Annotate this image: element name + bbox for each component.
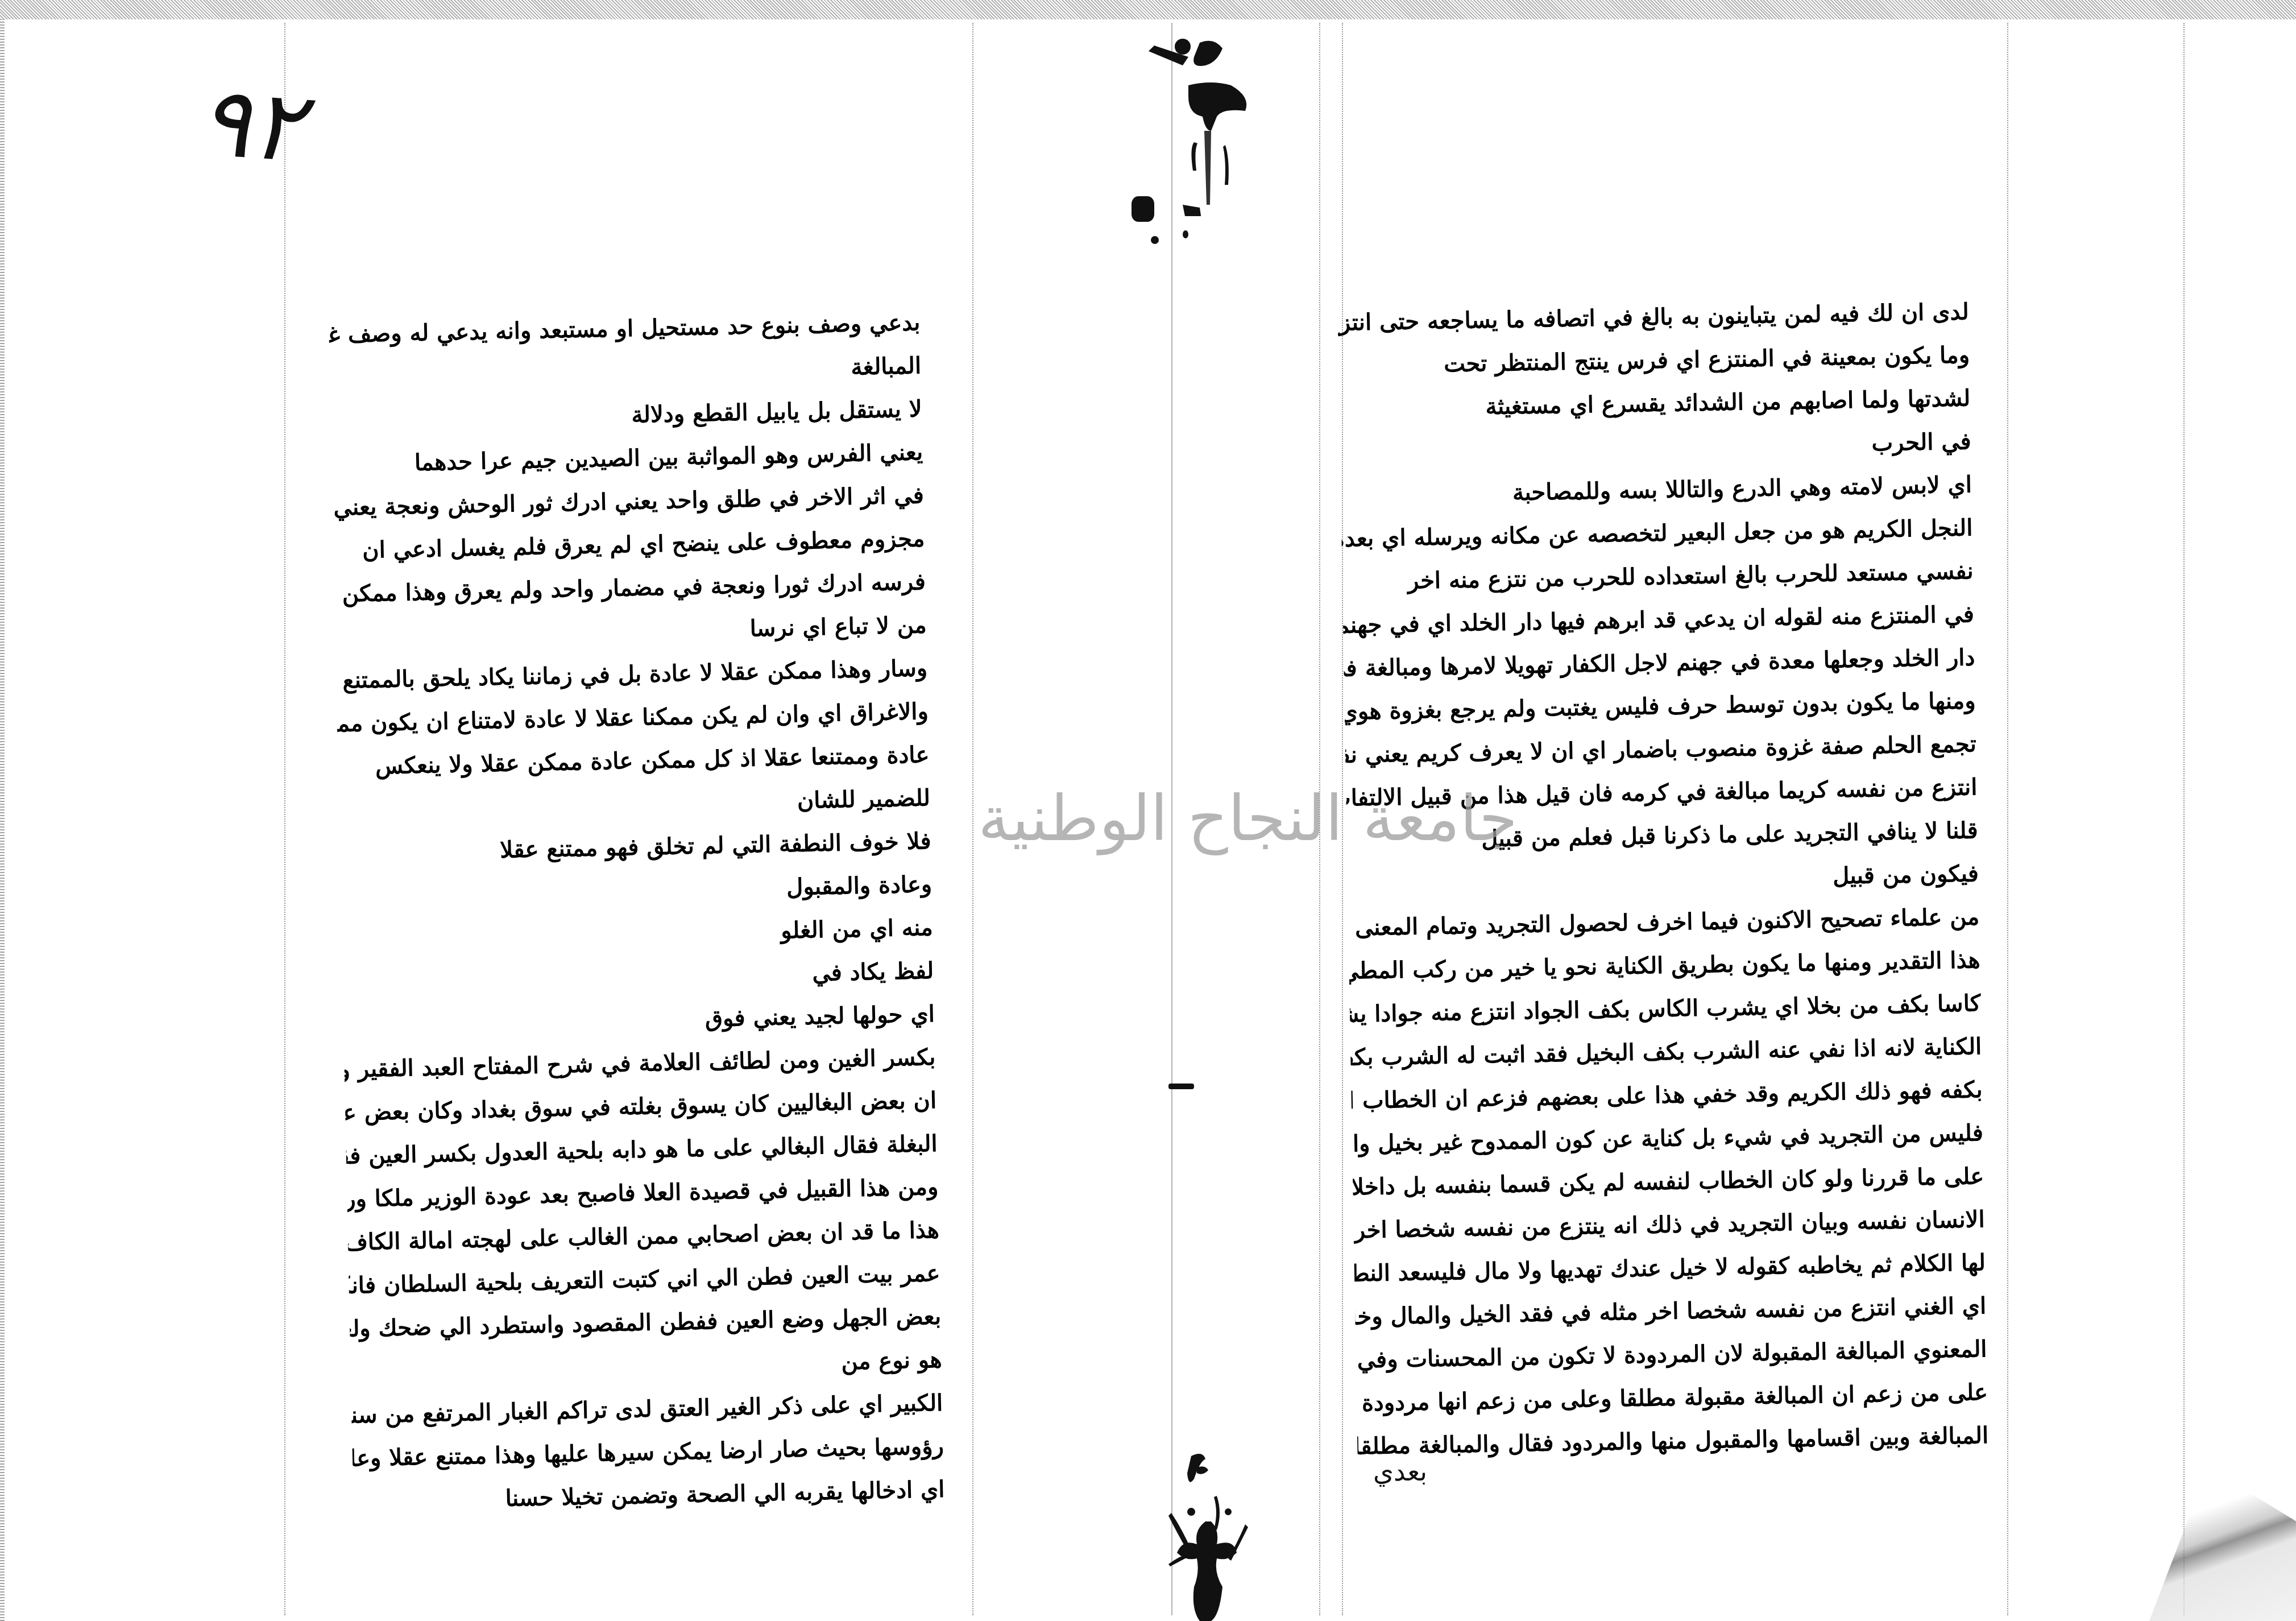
right-page-text: لدى ان لك فيه لمن يتباينون به بالغ في ات… xyxy=(1337,290,1989,1468)
bottom-fleur-ornament-icon xyxy=(1137,1445,1274,1621)
institution-watermark: جامعة النجاح الوطنية xyxy=(978,782,1518,855)
ruling-line xyxy=(2007,23,2008,1615)
catchword: بعدي xyxy=(1373,1456,1427,1487)
folio-number: ٩٢ xyxy=(195,65,306,184)
ink-dot xyxy=(1183,230,1188,238)
ink-blot xyxy=(1132,196,1154,222)
left-page-text: بدعي وصف بنوع حد مستحيل او مستبعد وانه ي… xyxy=(329,301,945,1523)
top-ink-ornament-icon xyxy=(1137,11,1274,216)
page-corner-fold xyxy=(2149,1467,2296,1621)
ink-dot xyxy=(1151,236,1159,244)
ruling-line xyxy=(284,23,285,1615)
scan-left-edge xyxy=(0,19,5,1621)
ruling-line xyxy=(972,23,973,1615)
ink-mark xyxy=(1168,1084,1194,1089)
ruling-line xyxy=(2183,23,2185,1615)
